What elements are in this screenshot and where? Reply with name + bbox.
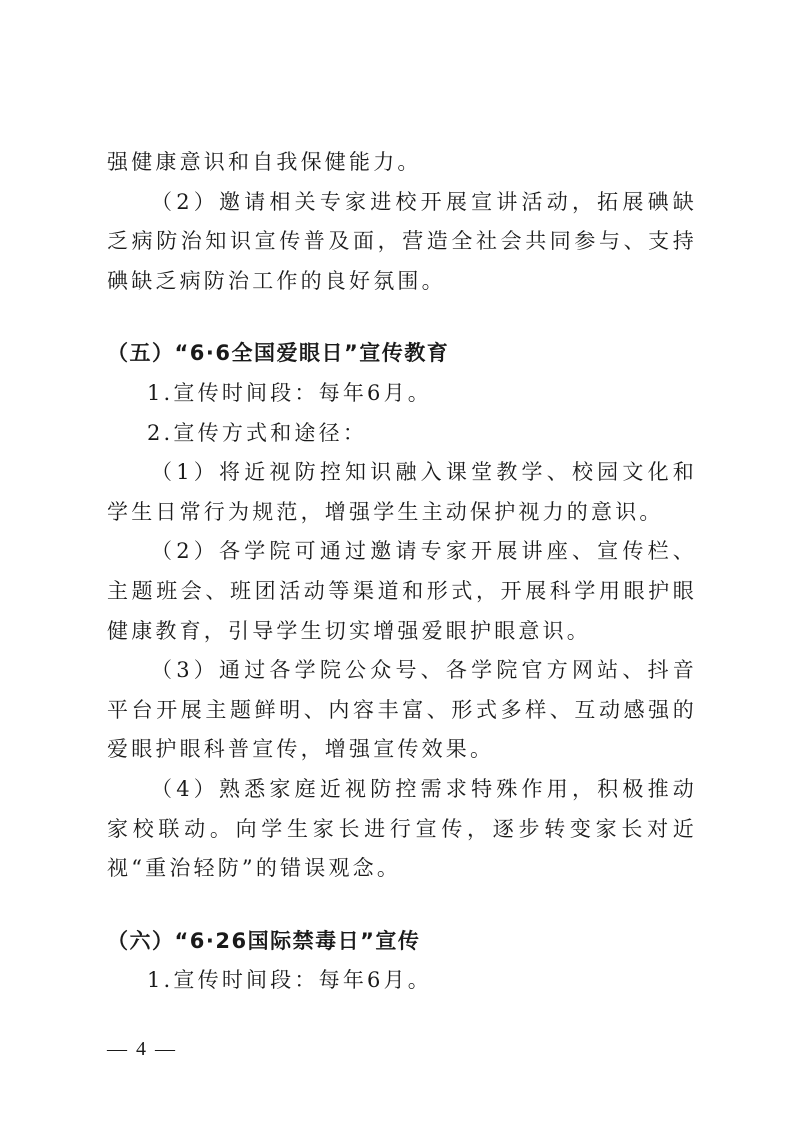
- section-gap: [107, 301, 697, 334]
- section-5-time: 1.宣传时间段：每年6月。: [107, 374, 697, 414]
- document-page: 强健康意识和自我保健能力。 （2）邀请相关专家进校开展宣讲活动，拓展碘缺乏病防治…: [0, 0, 793, 1122]
- section-6-time: 1.宣传时间段：每年6月。: [107, 961, 697, 1001]
- page-number: — 4 —: [107, 1038, 177, 1061]
- paragraph-item-2: （2）邀请相关专家进校开展宣讲活动，拓展碘缺乏病防治知识宣传普及面，营造全社会共…: [107, 183, 697, 302]
- section-5-item-4: （4）熟悉家庭近视防控需求特殊作用，积极推动家校联动。向学生家长进行宣传，逐步转…: [107, 770, 697, 889]
- section-heading-6: （六）“6·26国际禁毒日”宣传: [107, 922, 697, 962]
- section-gap: [107, 889, 697, 922]
- section-5-method-title: 2.宣传方式和途径：: [107, 414, 697, 454]
- section-heading-5: （五）“6·6全国爱眼日”宣传教育: [107, 334, 697, 374]
- paragraph-continuation: 强健康意识和自我保健能力。: [107, 143, 697, 183]
- section-5-item-2: （2）各学院可通过邀请专家开展讲座、宣传栏、主题班会、班团活动等渠道和形式，开展…: [107, 532, 697, 651]
- section-5-item-3: （3）通过各学院公众号、各学院官方网站、抖音平台开展主题鲜明、内容丰富、形式多样…: [107, 651, 697, 770]
- document-body: 强健康意识和自我保健能力。 （2）邀请相关专家进校开展宣讲活动，拓展碘缺乏病防治…: [107, 143, 697, 1001]
- section-5-item-1: （1）将近视防控知识融入课堂教学、校园文化和学生日常行为规范，增强学生主动保护视…: [107, 453, 697, 532]
